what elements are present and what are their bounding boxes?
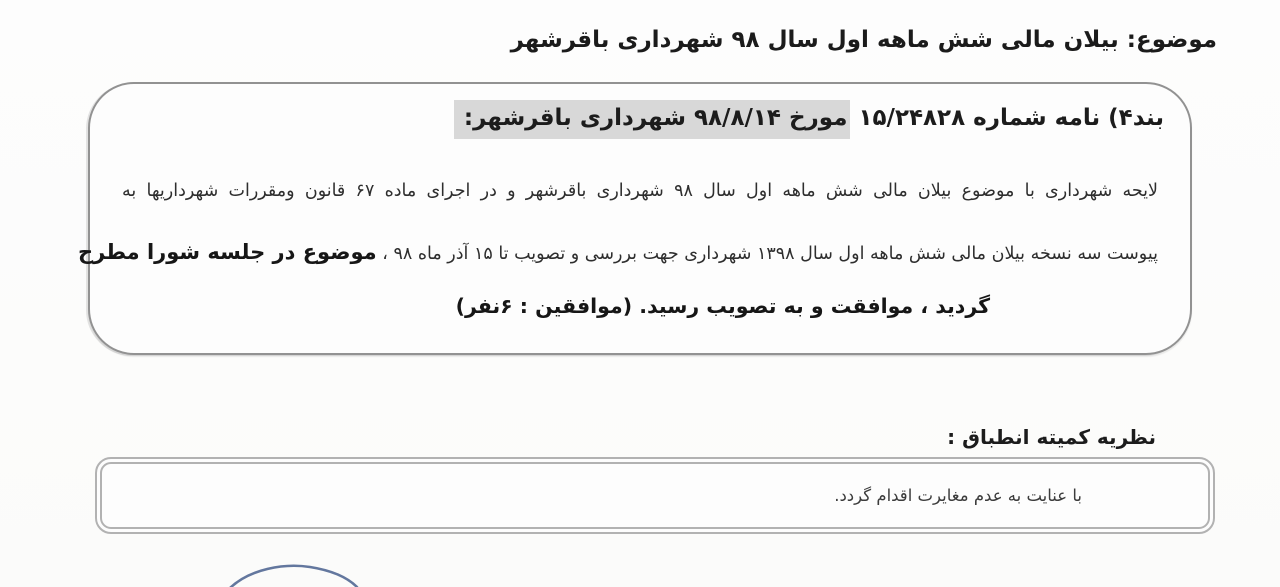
clause-header: بند۴) نامه شماره ۱۵/۲۴۸۲۸ مورخ ۹۸/۸/۱۴ ش… [454,105,1164,131]
subject-title: موضوع: بیلان مالی شش ماهه اول سال ۹۸ شهر… [511,27,1217,53]
committee-note-box: با عنایت به عدم مغایرت اقدام گردد. [95,457,1215,534]
clause-body-line-2-bold: موضوع در جلسه شورا مطرح [78,240,377,264]
clause-header-highlighted: مورخ ۹۸/۸/۱۴ شهرداری باقرشهر: [454,100,851,139]
committee-opinion-label: نظریه کمیته انطباق : [947,425,1156,449]
clause-header-prefix: بند۴) نامه شماره ۱۵/۲۴۸۲۸ [850,105,1164,131]
clause-body-line-2-regular: پیوست سه نسخه بیلان مالی شش ماهه اول سال… [377,244,1158,264]
clause-4-box: بند۴) نامه شماره ۱۵/۲۴۸۲۸ مورخ ۹۸/۸/۱۴ ش… [88,82,1192,355]
signature-stroke-icon [212,558,382,587]
committee-note-text: با عنایت به عدم مغایرت اقدام گردد. [834,486,1082,505]
scanned-document-page: موضوع: بیلان مالی شش ماهه اول سال ۹۸ شهر… [0,0,1280,587]
clause-body-line-2: پیوست سه نسخه بیلان مالی شش ماهه اول سال… [122,240,1158,264]
clause-body-line-1: لایحه شهرداری با موضوع بیلان مالی شش ماه… [122,181,1158,201]
clause-body-line-3: گردید ، موافقت و به تصویب رسید. (موافقین… [456,294,990,318]
